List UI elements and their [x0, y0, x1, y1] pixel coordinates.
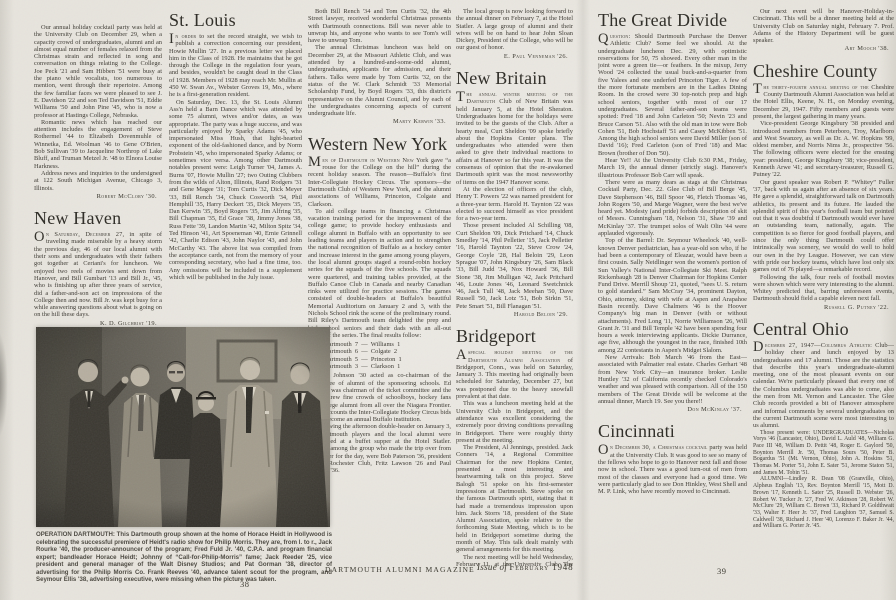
body-paragraph: Those present were: UNDERGRADUATES—Nicho… [753, 430, 894, 477]
body-paragraph: The local group is now looking forward t… [456, 8, 573, 52]
photo-grain [36, 327, 330, 527]
correspondent-signature: K. D. Gilchrist '19. [34, 320, 157, 327]
correspondent-signature: Robert McClory '30. [34, 193, 157, 200]
body-paragraph: ALUMNI—Lindley R. Dean '08 (Granville, O… [753, 476, 894, 530]
text-column-4: The local group is now looking forward t… [456, 8, 573, 566]
page-number-left: 38 [240, 579, 250, 589]
body-paragraph: The annual Christmas luncheon was held o… [308, 44, 451, 117]
small-caps-lead: ecember 27, 1947—Columbus Athletic [765, 342, 872, 349]
footer-issue-line: Issue of February 1948 [477, 562, 573, 572]
small-caps-lead: uestion: [610, 33, 631, 40]
small-caps-lead: n December 30, a Christmas cocktail [610, 444, 708, 451]
correspondent-signature: E. Paul Venneman '26. [456, 53, 568, 60]
body-paragraph: To aid college teams in financing a Chri… [308, 208, 451, 339]
body-paragraph: Our next event will be Hanover-Holiday-i… [753, 8, 894, 44]
drop-cap: O [598, 444, 610, 456]
section-opening-paragraph: On Saturday, December 27, in spite of tr… [34, 231, 162, 319]
footer-magazine-title: DARTMOUTH ALUMNI MAGAZINE [325, 565, 475, 574]
text-column-1: Our annual holiday cocktail party was he… [34, 24, 162, 330]
body-paragraph: Romantic news which has reached our atte… [34, 119, 162, 170]
correspondent-signature: Art Mooch '38. [753, 45, 889, 52]
drop-cap: O [34, 231, 46, 243]
footer-issue-prefix: Issue of [477, 562, 507, 572]
small-caps-lead: special holiday meeting of the Dartmouth… [468, 349, 573, 363]
body-paragraph: On Saturday, Dec. 13, the St. Louis Alum… [169, 99, 302, 281]
score-line: Dartmouth 3 — Clarkson 1 [324, 363, 451, 370]
small-caps-lead: en of Dartmouth in Western New [322, 157, 413, 164]
section-heading-central-ohio: Central Ohio [753, 319, 894, 339]
body-paragraph: There were as many dears as stags at the… [598, 179, 747, 237]
body-paragraph: This was a luncheon meeting held at the … [456, 400, 573, 444]
drop-cap: M [308, 157, 322, 169]
drop-cap: D [753, 342, 765, 354]
page-gutter [576, 0, 590, 600]
section-heading-western-new-york: Western New York [308, 134, 451, 154]
body-paragraph: Those present included Al Schilling '08,… [456, 222, 573, 310]
body-paragraph: Our annual holiday cocktail party was he… [34, 24, 162, 119]
text-column-6: Our next event will be Hanover-Holiday-i… [753, 8, 894, 566]
magazine-spread: { "meta": { "publication": "DARTMOUTH AL… [0, 0, 896, 600]
section-heading-the-great-divide: The Great Divide [598, 10, 747, 30]
body-paragraph: Both Bill Rench '34 and Tom Curtis '32, … [308, 8, 451, 44]
page-number-right: 39 [717, 566, 727, 576]
body-paragraph: Top of the Barrel: Dr. Seymour Wheelock … [598, 237, 747, 354]
score-line: Dartmouth 5 — Princeton 1 [324, 356, 451, 363]
body-paragraph: Following the talk, four reels of footba… [753, 274, 894, 303]
drop-cap: Q [598, 33, 610, 45]
body-paragraph: Our guest speaker was Robert P. “Whitey”… [753, 179, 894, 274]
text-column-2: St. LouisIn order to set the record stra… [169, 8, 302, 338]
body-paragraph: The President, Al Jennings, presided. Ja… [456, 444, 573, 553]
score-line: Dartmouth 7 — Williams 1 [324, 341, 451, 348]
small-caps-lead: n order [175, 33, 196, 40]
section-heading-new-britain: New Britain [456, 68, 573, 88]
body-paragraph: New Arrivals: Bob March '46 from the Eas… [598, 354, 747, 405]
correspondent-signature: Marty Kerwin '33. [308, 118, 446, 125]
small-caps-lead: he thirty-fourth annual meeting of the [763, 84, 868, 91]
section-heading-new-haven: New Haven [34, 208, 162, 228]
body-paragraph: Hear Ye!! At the University Club 6:30 P.… [598, 157, 747, 179]
section-heading-bridgeport: Bridgeport [456, 326, 573, 346]
section-opening-paragraph: A special holiday meeting of the Dartmou… [456, 349, 573, 400]
correspondent-signature: Russell G. Putney '22. [753, 304, 889, 311]
section-opening-paragraph: The thirty-fourth annual meeting of the … [753, 84, 894, 120]
hockey-series-scores: Dartmouth 7 — Williams 1Dartmouth 6 — Co… [324, 341, 451, 370]
photo-illustration [36, 327, 330, 527]
photo-caption: OPERATION DARTMOUTH: This Dartmouth grou… [36, 531, 332, 584]
drop-cap: T [753, 84, 763, 96]
correspondent-signature: Don McKinlay '37. [598, 406, 742, 413]
body-paragraph: Address news and inquiries to the unders… [34, 170, 162, 192]
text-column-5: The Great DivideQuestion: Should Dartmou… [598, 8, 747, 564]
section-opening-paragraph: The annual winter meeting of the Dartmou… [456, 91, 573, 186]
correspondent-signature: Harold Beloin '29. [456, 311, 568, 318]
section-opening-paragraph: Question: Should Dartmouth Purchase the … [598, 33, 747, 157]
section-opening-paragraph: In order to set the record straight, we … [169, 33, 302, 99]
drop-cap: A [456, 349, 468, 361]
footer-issue-date: February 1948 [509, 562, 573, 572]
drop-cap: T [456, 91, 466, 103]
section-heading-st-louis: St. Louis [169, 10, 302, 30]
scan-shadow [0, 330, 8, 440]
body-paragraph: At the election of officers of the club,… [456, 186, 573, 222]
section-heading-cincinnati: Cincinnati [598, 421, 747, 441]
operation-dartmouth-photo [36, 327, 330, 527]
small-caps-lead: he annual winter meeting of the Dartmout… [466, 91, 573, 105]
section-opening-paragraph: On December 30, a Christmas cocktail par… [598, 444, 747, 495]
section-opening-paragraph: Men of Dartmouth in Western New York gav… [308, 157, 451, 208]
score-line: Dartmouth 6 — Colgate 2 [324, 348, 451, 355]
small-caps-lead: n Saturday, December 27, [46, 231, 124, 238]
section-heading-cheshire-county: Cheshire County [753, 61, 894, 81]
section-opening-paragraph: December 27, 1947—Columbus Athletic Club… [753, 342, 894, 430]
body-paragraph: Vice-president George Kingsbury '38 pres… [753, 120, 894, 178]
